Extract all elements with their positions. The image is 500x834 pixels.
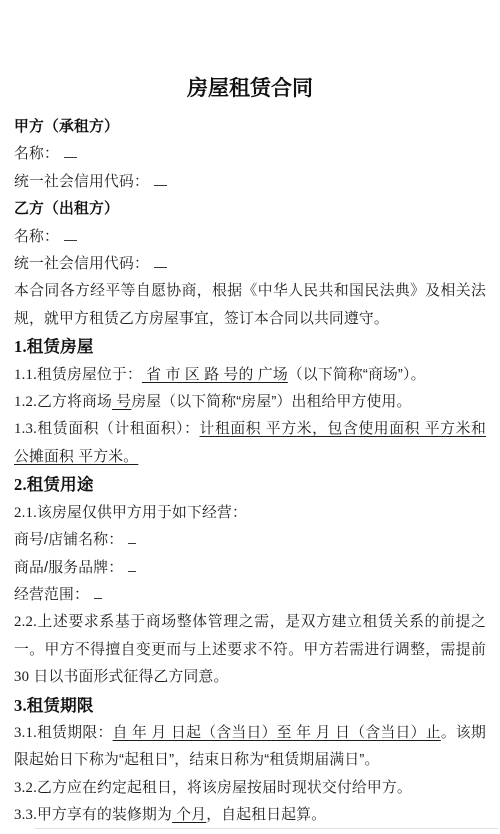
field: 统一社会信用代码： [14, 169, 486, 196]
text-segment: 上述要求系基于商场整体管理之需，是双方建立租赁关系的前提之一。甲方不得擅自变更而… [14, 614, 486, 657]
text-segment: 乙方将商场 [37, 394, 112, 410]
field: 商号/店铺名称： [14, 527, 486, 554]
paragraph: 3.3.甲方享有的装修期为 个月，自起租日起算。 [14, 802, 486, 829]
text-segment: 乙方（出租方） [14, 201, 119, 217]
section-heading: 1.租赁房屋 [14, 333, 486, 361]
text-segment: 2.2. [14, 614, 37, 630]
fill-in-text: 自 年 月 日起（含当日）至 年 月 日（含当日）止 [113, 725, 441, 741]
text-segment: 房屋（以下简称“房屋”）出租给甲方使用。 [131, 394, 411, 410]
text-segment: 统一社会信用代码： [14, 174, 149, 190]
text-segment: 租赁房屋位于： [37, 367, 142, 383]
blank-underline [154, 253, 167, 268]
text-segment: 2. [14, 475, 27, 494]
field: 经营范围： [14, 582, 486, 609]
blank-underline [128, 529, 136, 544]
text-segment: 甲方享有的装修期为 [37, 807, 172, 823]
blank-underline [94, 584, 102, 599]
text-segment: 1. [14, 337, 27, 356]
blank-underline [64, 143, 77, 158]
text-segment: 租赁面积（计租面积）： [37, 421, 200, 437]
text-segment: 甲方（承租方） [14, 119, 119, 135]
field: 统一社会信用代码： [14, 251, 486, 278]
blank-underline [154, 171, 167, 186]
document-body: 甲方（承租方）名称：统一社会信用代码：乙方（出租方）名称：统一社会信用代码：本合… [14, 114, 486, 830]
text-segment: 商品/服务品牌： [14, 560, 123, 576]
text-segment: 租赁房屋 [27, 338, 94, 356]
paragraph: 1.3.租赁面积（计租面积）：计租面积 平方米，包含使用面积 平方米和公摊面积 … [14, 416, 486, 471]
text-segment: ，自起租日起算。 [206, 807, 326, 823]
text-segment: 1.3. [14, 421, 37, 437]
field: 商品/服务品牌： [14, 555, 486, 582]
text-segment: 名称： [14, 146, 59, 162]
party-heading: 甲方（承租方） [14, 114, 486, 141]
blank-underline [128, 556, 136, 571]
text-segment: 商号/店铺名称： [14, 532, 123, 548]
text-segment: 1.1. [14, 367, 37, 383]
text-segment: 经营范围： [14, 587, 89, 603]
paragraph: 2.2.上述要求系基于商场整体管理之需，是双方建立租赁关系的前提之一。甲方不得擅… [14, 609, 486, 691]
party-heading: 乙方（出租方） [14, 196, 486, 223]
fill-in-text: 个月 [172, 807, 206, 823]
text-segment: 租赁期限： [37, 725, 113, 741]
text-segment: 3.2. [14, 780, 37, 796]
section-heading: 2.租赁用途 [14, 471, 486, 499]
paragraph: 3.2.乙方应在约定起租日，将该房屋按届时现状交付给甲方。 [14, 775, 486, 802]
bottom-divider [35, 828, 498, 829]
blank-underline [64, 226, 77, 241]
paragraph: 2.1.该房屋仅供甲方用于如下经营： [14, 500, 486, 527]
text-segment: 租赁期限 [27, 697, 94, 715]
text-segment: 该房屋仅供甲方用于如下经营： [37, 505, 247, 521]
text-segment: 3. [14, 696, 27, 715]
text-segment: 本合同各方经平等自愿协商，根据《中华人民共和国民法典》及相关法规，就甲方租赁乙方… [14, 283, 486, 326]
text-segment: 乙方应在约定起租日，将该房屋按届时现状交付给甲方。 [37, 780, 412, 796]
text-segment: 名称： [14, 229, 59, 245]
paragraph: 本合同各方经平等自愿协商，根据《中华人民共和国民法典》及相关法规，就甲方租赁乙方… [14, 278, 486, 333]
text-segment: 租赁用途 [27, 476, 94, 494]
text-segment: 2.1. [14, 505, 37, 521]
field: 名称： [14, 224, 486, 251]
section-heading: 3.租赁期限 [14, 692, 486, 720]
text-segment: 3.3. [14, 807, 37, 823]
fill-in-text: 省 市 区 路 号的 广场 [142, 367, 288, 383]
text-segment: （以下简称“商场”）。 [288, 367, 426, 383]
text-segment: 3.1. [14, 725, 37, 741]
paragraph: 1.2.乙方将商场 号房屋（以下简称“房屋”）出租给甲方使用。 [14, 389, 486, 416]
text-segment: 30 [14, 669, 29, 685]
contract-document: 房屋租赁合同 甲方（承租方）名称：统一社会信用代码：乙方（出租方）名称：统一社会… [0, 74, 500, 830]
paragraph: 3.1.租赁期限：自 年 月 日起（含当日）至 年 月 日（含当日）止。该期限起… [14, 720, 486, 775]
text-segment: 1.2. [14, 394, 37, 410]
paragraph: 1.1.租赁房屋位于： 省 市 区 路 号的 广场（以下简称“商场”）。 [14, 362, 486, 389]
page-title: 房屋租赁合同 [14, 74, 486, 104]
text-segment: 日以书面形式征得乙方同意。 [29, 669, 228, 685]
text-segment: 统一社会信用代码： [14, 256, 149, 272]
field: 名称： [14, 141, 486, 168]
fill-in-text: 号 [112, 394, 131, 410]
